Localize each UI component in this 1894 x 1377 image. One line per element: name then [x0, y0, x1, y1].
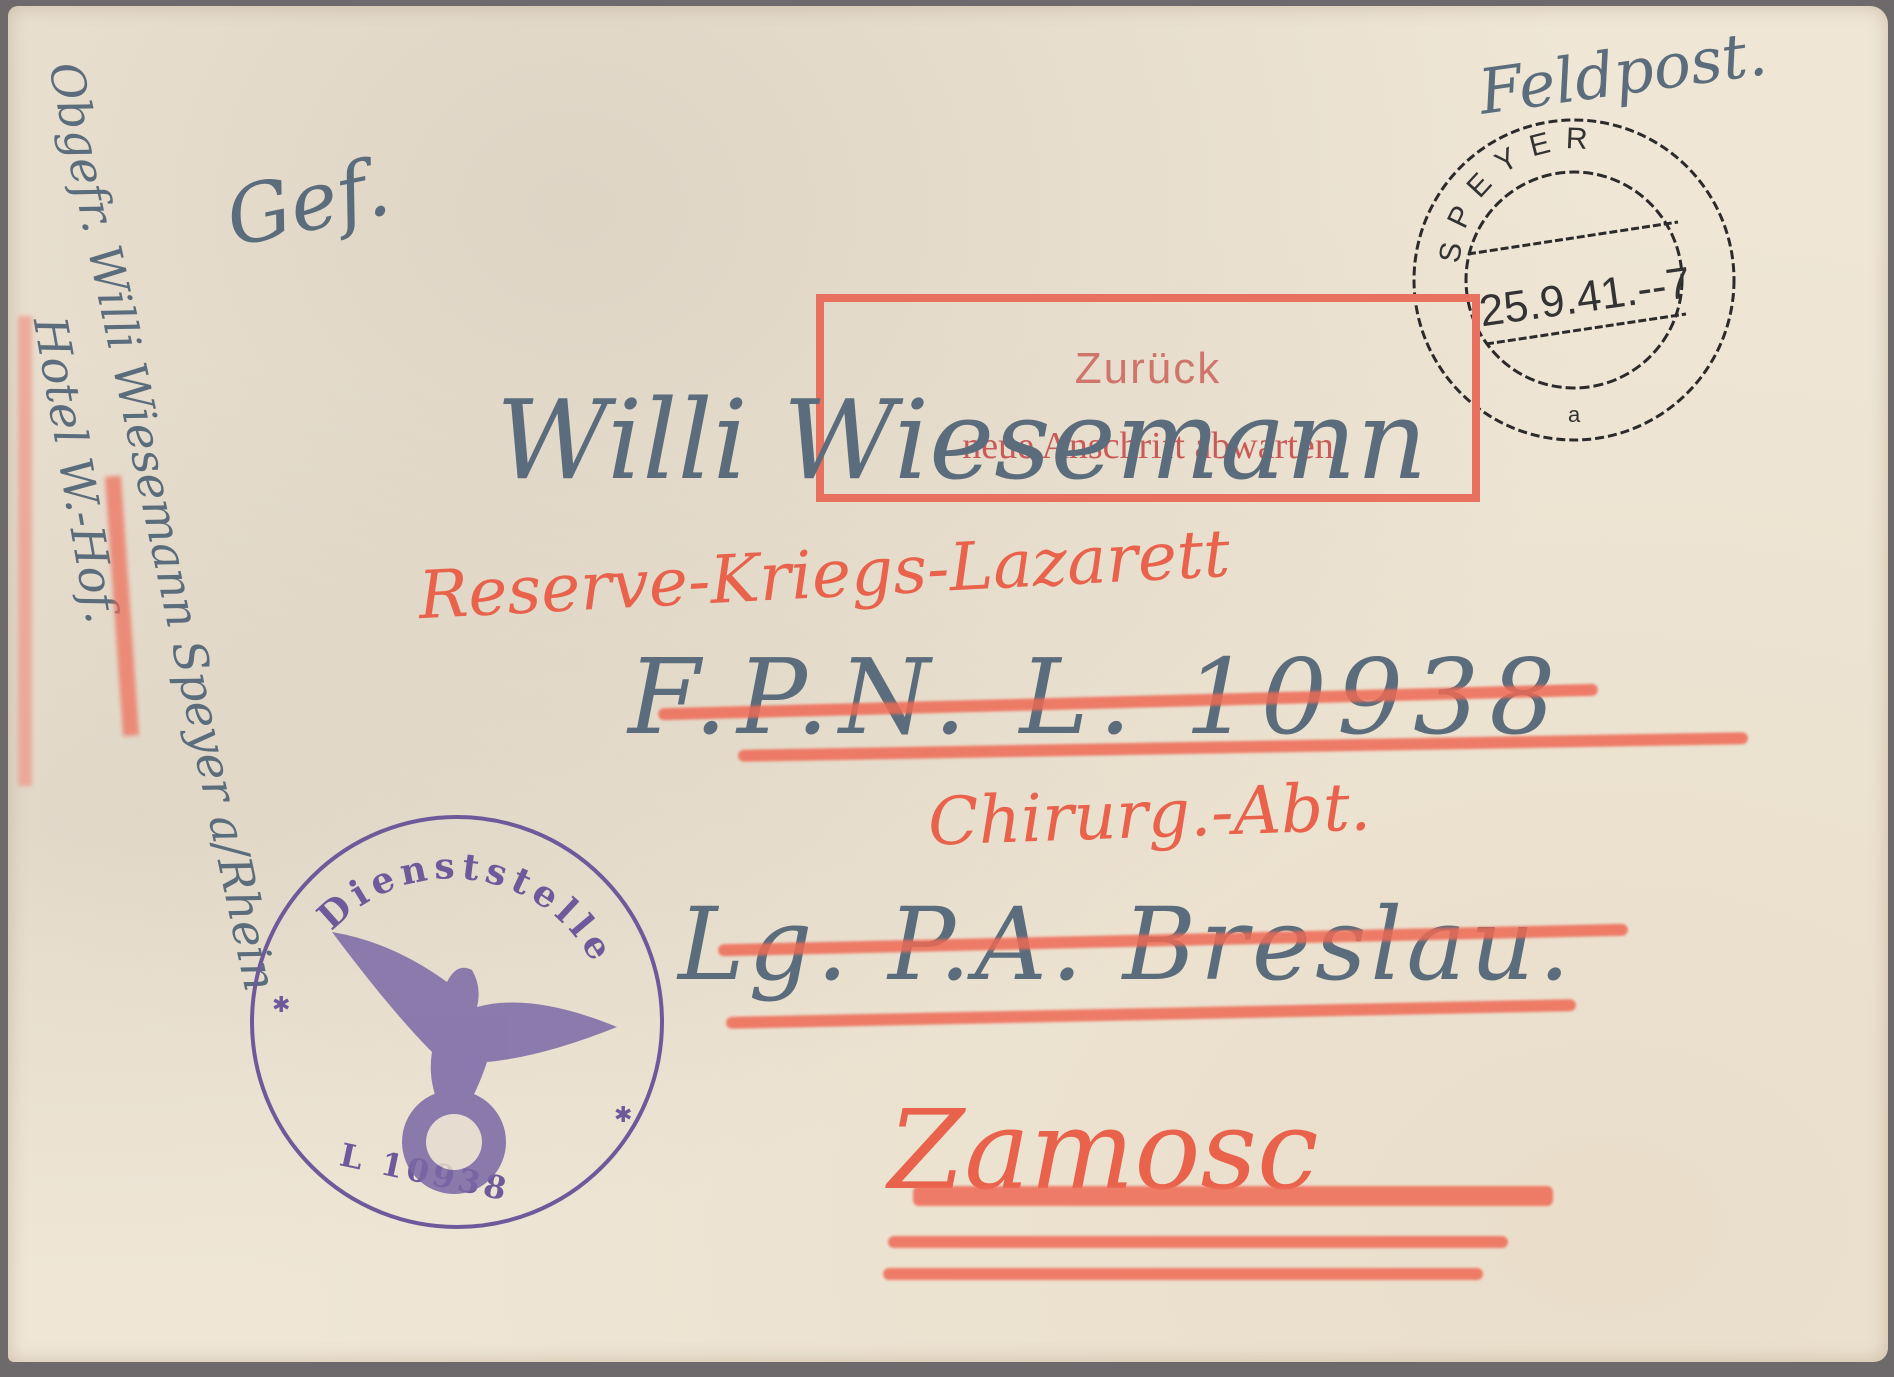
svg-text:✱: ✱ [614, 1103, 632, 1128]
svg-text:✱: ✱ [272, 993, 290, 1018]
hospital-line: Reserve-Kriegs-Lazarett [417, 515, 1232, 634]
recipient-name: Willi Wiesemann [496, 376, 1427, 504]
department-line: Chirurg.-Abt. [927, 768, 1372, 860]
service-stamp: Dienststelle L 10938 ✱ ✱ [242, 812, 672, 1232]
svg-text:SPEYER: SPEYER [1433, 122, 1602, 265]
gef-note: Gef. [218, 140, 397, 265]
left-red-mark [18, 316, 32, 786]
postmark-sub: a [1568, 402, 1581, 427]
postmark-date: 25.9.41.--7 [1476, 258, 1694, 336]
postmark-town: SPEYER [1433, 122, 1602, 265]
feldpost-note: Feldpost. [1474, 16, 1771, 129]
envelope: Feldpost. SPEYER 25.9.41.--7 a Zurück ne… [8, 6, 1888, 1362]
